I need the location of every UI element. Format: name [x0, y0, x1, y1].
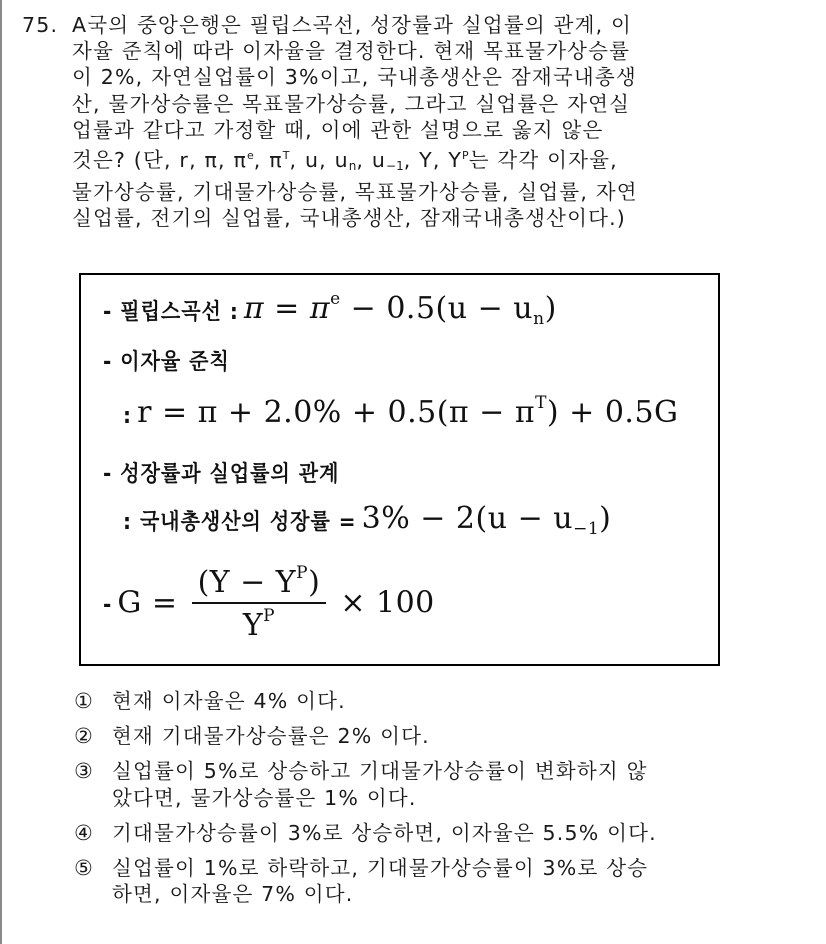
interest-rule-equation: : r = π + 2.0% + 0.5(π − πT) + 0.5G	[123, 393, 679, 430]
growth-formula: 3% − 2(u − u−1)	[362, 501, 612, 536]
growth-title-text: - 성장률과 실업률의 관계	[103, 455, 339, 487]
choice-text: 현재 이자율은 4% 이다.	[112, 688, 774, 714]
formula-text: (Y − Y	[198, 565, 297, 600]
superscript-p: P	[263, 606, 275, 626]
stem-line: 업률과 같다고 가정할 때, 이에 관한 설명으로 옳지 않은	[72, 117, 762, 143]
interest-rule-title: - 이자율 준칙	[103, 345, 230, 374]
choice-text: 실업률이 5%로 상승하고 기대물가상승률이 변화하지 않	[112, 758, 774, 784]
stem-line: 이 2%, 자연실업률이 3%이고, 국내총생산은 잠재국내총생	[72, 64, 762, 90]
equation-box: - 필립스곡선 : π = πe − 0.5(u − un) - 이자율 준칙 …	[79, 273, 720, 666]
rule-title-text: - 이자율 준칙	[103, 343, 230, 375]
colon: :	[123, 402, 132, 429]
superscript-t: T	[535, 393, 547, 413]
stem-line: A국의 중앙은행은 필립스곡선, 성장률과 실업률의 관계, 이	[72, 12, 762, 38]
dash: -	[103, 591, 112, 618]
choice-2[interactable]: ② 현재 기대물가상승률은 2% 이다.	[74, 723, 774, 749]
symbols-text: , Y, Y	[404, 148, 462, 172]
question-number: 75.	[22, 12, 58, 38]
stem-line-symbols: 것은? (단, r, π, πe, πT, u, un, u−1, Y, YP는…	[72, 143, 762, 179]
symbols-text: 는 각각 이자율,	[469, 148, 618, 172]
numerator: (Y − YP)	[192, 563, 327, 604]
stem-line: 산, 물가상승률은 목표물가상승률, 그라고 실업률은 자연실	[72, 91, 762, 117]
superscript-p: P	[296, 563, 308, 583]
subscript-minus-1: −1	[386, 159, 404, 173]
pi-symbol: π	[310, 291, 330, 326]
formula-text: )	[599, 501, 611, 536]
formula-text: × 100	[330, 586, 434, 621]
question-75: 75. A국의 중앙은행은 필립스곡선, 성장률과 실업률의 관계, 이 자율 …	[22, 12, 762, 232]
question-stem: A국의 중앙은행은 필립스곡선, 성장률과 실업률의 관계, 이 자율 준칙에 …	[72, 12, 762, 232]
g-formula: G = (Y − YP)YP × 100	[117, 584, 434, 619]
formula-text: G =	[117, 586, 187, 621]
subscript-minus-1: −1	[573, 519, 599, 539]
superscript-t: T	[283, 149, 290, 162]
symbols-text: 것은? (단, r, π, π	[72, 148, 247, 172]
choice-1[interactable]: ① 현재 이자율은 4% 이다.	[74, 688, 774, 714]
choice-text: 현재 기대물가상승률은 2% 이다.	[112, 723, 774, 749]
choice-3[interactable]: ③ 실업률이 5%로 상승하고 기대물가상승률이 변화하지 않 았다면, 물가상…	[74, 758, 774, 810]
choice-text: 기대물가상승률이 3%로 상승하면, 이자율은 5.5% 이다.	[112, 820, 774, 846]
symbols-text: , π	[254, 148, 283, 172]
choice-text: 았다면, 물가상승률은 1% 이다.	[112, 785, 774, 811]
formula-text: )	[545, 291, 557, 326]
growth-equation: : 국내총생산의 성장률 = 3% − 2(u − u−1)	[123, 501, 611, 539]
choice-marker: ①	[74, 688, 94, 714]
phillips-formula: π = πe − 0.5(u − un)	[244, 291, 557, 326]
choice-4[interactable]: ④ 기대물가상승률이 3%로 상승하면, 이자율은 5.5% 이다.	[74, 820, 774, 846]
formula-text: − 0.5(u − u	[341, 291, 533, 326]
stem-line: 자율 준칙에 따라 이자율을 결정한다. 현재 목표물가상승률	[72, 38, 762, 64]
equals: =	[264, 291, 310, 326]
choice-text: 하면, 이자율은 7% 이다.	[112, 881, 774, 907]
superscript-e: e	[330, 289, 341, 309]
formula-text: ) + 0.5G	[547, 395, 679, 430]
subscript-n: n	[533, 309, 544, 329]
denominator: YP	[192, 604, 327, 643]
g-definition: - G = (Y − YP)YP × 100	[103, 563, 435, 643]
symbols-text: , u, u	[290, 148, 349, 172]
answer-choices: ① 현재 이자율은 4% 이다. ② 현재 기대물가상승률은 2% 이다. ③ …	[74, 688, 774, 916]
formula-text: r = π + 2.0% + 0.5(π − π	[137, 395, 535, 430]
pi-symbol: π	[244, 291, 264, 326]
formula-text: 3% − 2(u − u	[362, 501, 573, 536]
growth-label: : 국내총생산의 성장률 =	[123, 503, 357, 535]
growth-unemployment-title: - 성장률과 실업률의 관계	[103, 457, 339, 486]
stem-line: 실업률, 전기의 실업률, 국내총생산, 잠재국내총생산이다.)	[72, 205, 762, 231]
formula-text: )	[308, 565, 320, 600]
symbols-text: , u	[356, 148, 386, 172]
rule-formula: r = π + 2.0% + 0.5(π − πT) + 0.5G	[137, 395, 678, 430]
choice-5[interactable]: ⑤ 실업률이 1%로 하락하고, 기대물가상승률이 3%로 상승 하면, 이자율…	[74, 855, 774, 907]
exam-page: 75. A국의 중앙은행은 필립스곡선, 성장률과 실업률의 관계, 이 자율 …	[0, 0, 826, 944]
choice-text: 실업률이 1%로 하락하고, 기대물가상승률이 3%로 상승	[112, 855, 774, 881]
choice-marker: ②	[74, 723, 94, 749]
fraction: (Y − YP)YP	[192, 563, 327, 643]
choice-marker: ③	[74, 758, 94, 784]
choice-marker: ④	[74, 820, 94, 846]
stem-line: 물가상승률, 기대물가상승률, 목표물가상승률, 실업률, 자연	[72, 179, 762, 205]
choice-marker: ⑤	[74, 855, 94, 881]
phillips-label: - 필립스곡선 :	[103, 293, 239, 325]
superscript-p: P	[462, 149, 469, 162]
formula-text: Y	[243, 608, 263, 643]
phillips-curve-equation: - 필립스곡선 : π = πe − 0.5(u − un)	[103, 289, 557, 329]
superscript-e: e	[247, 149, 254, 162]
